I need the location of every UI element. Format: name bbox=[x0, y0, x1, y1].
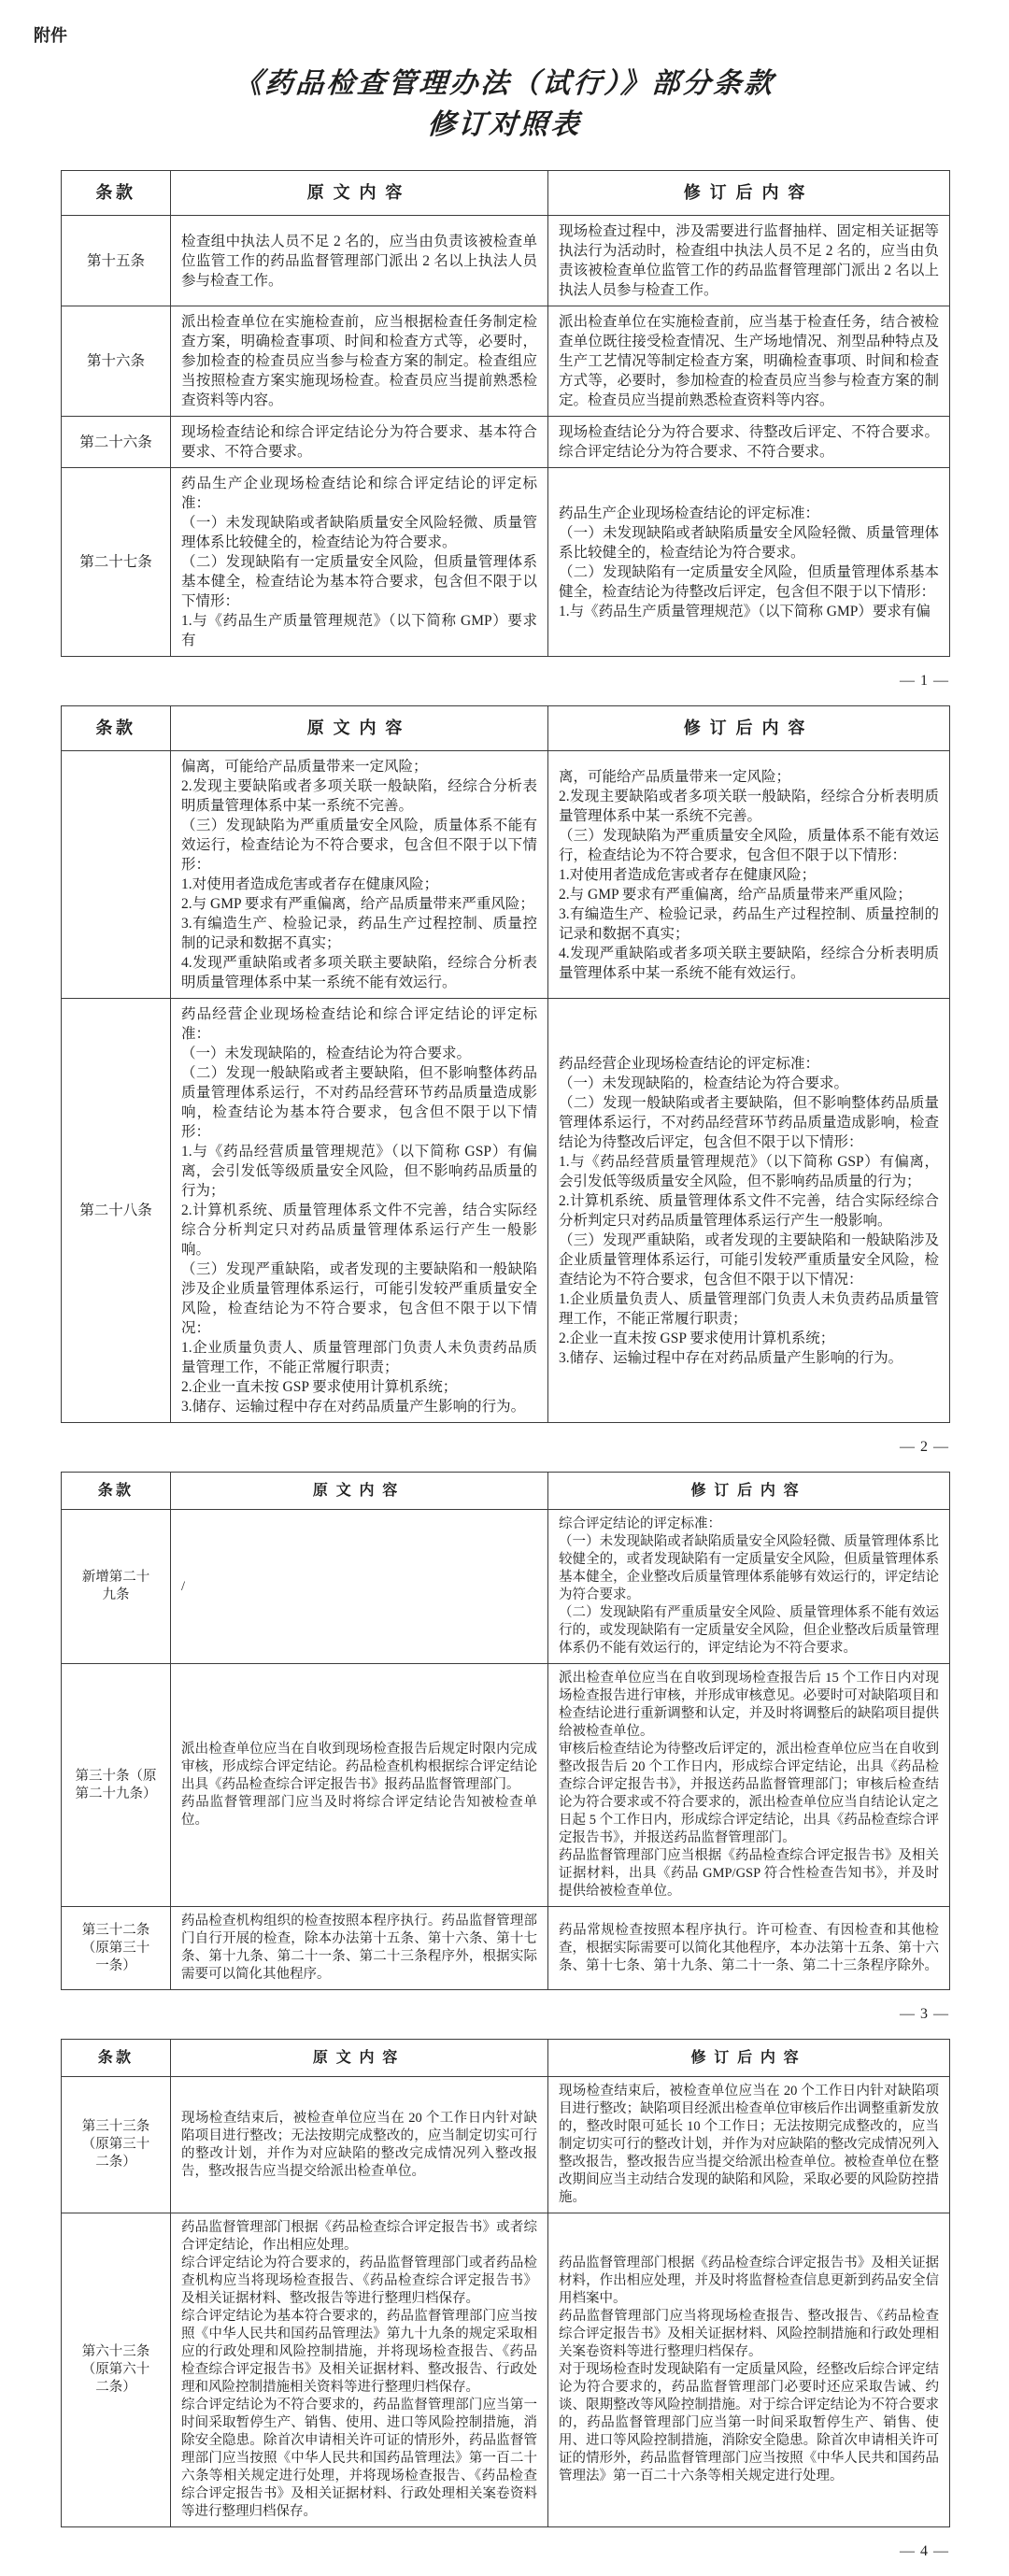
clause-label: 第三十三条 （原第三十 二条） bbox=[62, 2077, 171, 2213]
title-line-1: 《药品检查管理办法（试行）》部分条款 bbox=[0, 64, 1009, 105]
revised-content: 现场检查结束后，被检查单位应当在 20 个工作日内针对缺陷项目进行整改；缺陷项目… bbox=[548, 2077, 950, 2213]
revised-content: 药品经营企业现场检查结论的评定标准： （一）未发现缺陷的，检查结论为符合要求。 … bbox=[548, 999, 950, 1423]
revised-content: 综合评定结论的评定标准： （一）未发现缺陷或者缺陷质量安全风险轻微、质量管理体系… bbox=[548, 1510, 950, 1664]
document-page: 附件 《药品检查管理办法（试行）》部分条款 修订对照表 条款 原文内容 修订后内… bbox=[0, 0, 1009, 2576]
revised-content: 派出检查单位应当在自收到现场检查报告后 15 个工作日内对现场检查报告进行审核，… bbox=[548, 1664, 950, 1907]
header-revised: 修订后内容 bbox=[548, 171, 950, 216]
table-header-row: 条款 原文内容 修订后内容 bbox=[62, 2040, 950, 2077]
comparison-table-page-2: 条款 原文内容 修订后内容 偏离，可能给产品质量带来一定风险； 2.发现主要缺陷… bbox=[61, 705, 950, 1423]
revised-content: 现场检查结论分为符合要求、待整改后评定、不符合要求。综合评定结论分为符合要求、不… bbox=[548, 417, 950, 468]
page-number-3: — 3 — bbox=[0, 1990, 949, 2039]
table-header-row: 条款 原文内容 修订后内容 bbox=[62, 706, 950, 751]
header-original: 原文内容 bbox=[171, 2040, 548, 2077]
comparison-table-page-1: 条款 原文内容 修订后内容 第十五条 检查组中执法人员不足 2 名的，应当由负责… bbox=[61, 170, 950, 657]
page-number-1: — 1 — bbox=[0, 657, 949, 705]
original-content: 药品生产企业现场检查结论和综合评定结论的评定标准： （一）未发现缺陷或者缺陷质量… bbox=[171, 468, 548, 657]
table-row: 第二十七条 药品生产企业现场检查结论和综合评定结论的评定标准： （一）未发现缺陷… bbox=[62, 468, 950, 657]
title-line-2: 修订对照表 bbox=[0, 105, 1009, 146]
original-content: 检查组中执法人员不足 2 名的，应当由负责该被检查单位监管工作的药品监督管理部门… bbox=[171, 216, 548, 306]
original-content: / bbox=[171, 1510, 548, 1664]
page-number-2: — 2 — bbox=[0, 1423, 949, 1472]
header-revised: 修订后内容 bbox=[548, 706, 950, 751]
table-row: 第三十条（原 第二十九条） 派出检查单位应当在自收到现场检查报告后规定时限内完成… bbox=[62, 1664, 950, 1907]
original-content: 现场检查结论和综合评定结论分为符合要求、基本符合要求、不符合要求。 bbox=[171, 417, 548, 468]
clause-label: 第六十三条 （原第六十 二条） bbox=[62, 2213, 171, 2527]
original-content: 药品检查机构组织的检查按照本程序执行。药品监督管理部门自行开展的检查，除本办法第… bbox=[171, 1907, 548, 1990]
clause-label: 第三十二条 （原第三十 一条） bbox=[62, 1907, 171, 1990]
revised-content: 药品常规检查按照本程序执行。许可检查、有因检查和其他检查，根据实际需要可以简化其… bbox=[548, 1907, 950, 1990]
original-content: 现场检查结束后，被检查单位应当在 20 个工作日内针对缺陷项目进行整改；无法按期… bbox=[171, 2077, 548, 2213]
header-revised: 修订后内容 bbox=[548, 2040, 950, 2077]
header-clause: 条款 bbox=[62, 2040, 171, 2077]
table-row: 第六十三条 （原第六十 二条） 药品监督管理部门根据《药品检查综合评定报告书》或… bbox=[62, 2213, 950, 2527]
document-title: 《药品检查管理办法（试行）》部分条款 修订对照表 bbox=[0, 64, 1009, 146]
header-clause: 条款 bbox=[62, 1473, 171, 1510]
revised-content: 离，可能给产品质量带来一定风险； 2.发现主要缺陷或者多项关联一般缺陷，经综合分… bbox=[548, 751, 950, 999]
table-row: 第十六条 派出检查单位在实施检查前，应当根据检查任务制定检查方案，明确检查事项、… bbox=[62, 306, 950, 417]
header-revised: 修订后内容 bbox=[548, 1473, 950, 1510]
table-row: 第十五条 检查组中执法人员不足 2 名的，应当由负责该被检查单位监管工作的药品监… bbox=[62, 216, 950, 306]
revised-content: 现场检查过程中，涉及需要进行监督抽样、固定相关证据等执法行为活动时，检查组中执法… bbox=[548, 216, 950, 306]
clause-label: 新增第二十 九条 bbox=[62, 1510, 171, 1664]
attachment-label: 附件 bbox=[0, 0, 1009, 47]
table-row: 第二十六条 现场检查结论和综合评定结论分为符合要求、基本符合要求、不符合要求。 … bbox=[62, 417, 950, 468]
clause-label: 第十五条 bbox=[62, 216, 171, 306]
header-original: 原文内容 bbox=[171, 171, 548, 216]
header-original: 原文内容 bbox=[171, 1473, 548, 1510]
table-row: 第三十二条 （原第三十 一条） 药品检查机构组织的检查按照本程序执行。药品监督管… bbox=[62, 1907, 950, 1990]
header-clause: 条款 bbox=[62, 706, 171, 751]
clause-label: 第三十条（原 第二十九条） bbox=[62, 1664, 171, 1907]
revised-content: 药品监督管理部门根据《药品检查综合评定报告书》及相关证据材料，作出相应处理，并及… bbox=[548, 2213, 950, 2527]
clause-label: 第十六条 bbox=[62, 306, 171, 417]
comparison-table-page-4: 条款 原文内容 修订后内容 第三十三条 （原第三十 二条） 现场检查结束后，被检… bbox=[61, 2039, 950, 2527]
table-row: 第二十八条 药品经营企业现场检查结论和综合评定结论的评定标准： （一）未发现缺陷… bbox=[62, 999, 950, 1423]
revised-content: 派出检查单位在实施检查前，应当基于检查任务，结合被检查单位既往接受检查情况、生产… bbox=[548, 306, 950, 417]
original-content: 偏离，可能给产品质量带来一定风险； 2.发现主要缺陷或者多项关联一般缺陷，经综合… bbox=[171, 751, 548, 999]
page-number-4: — 4 — bbox=[0, 2527, 949, 2576]
original-content: 药品监督管理部门根据《药品检查综合评定报告书》或者综合评定结论，作出相应处理。 … bbox=[171, 2213, 548, 2527]
table-header-row: 条款 原文内容 修订后内容 bbox=[62, 171, 950, 216]
revised-content: 药品生产企业现场检查结论的评定标准： （一）未发现缺陷或者缺陷质量安全风险轻微、… bbox=[548, 468, 950, 657]
original-content: 派出检查单位在实施检查前，应当根据检查任务制定检查方案，明确检查事项、时间和检查… bbox=[171, 306, 548, 417]
original-content: 药品经营企业现场检查结论和综合评定结论的评定标准： （一）未发现缺陷的，检查结论… bbox=[171, 999, 548, 1423]
table-row: 新增第二十 九条 / 综合评定结论的评定标准： （一）未发现缺陷或者缺陷质量安全… bbox=[62, 1510, 950, 1664]
original-content: 派出检查单位应当在自收到现场检查报告后规定时限内完成审核，形成综合评定结论。药品… bbox=[171, 1664, 548, 1907]
table-row: 偏离，可能给产品质量带来一定风险； 2.发现主要缺陷或者多项关联一般缺陷，经综合… bbox=[62, 751, 950, 999]
header-original: 原文内容 bbox=[171, 706, 548, 751]
clause-label: 第二十七条 bbox=[62, 468, 171, 657]
comparison-table-page-3: 条款 原文内容 修订后内容 新增第二十 九条 / 综合评定结论的评定标准： （一… bbox=[61, 1472, 950, 1990]
table-header-row: 条款 原文内容 修订后内容 bbox=[62, 1473, 950, 1510]
clause-label: 第二十八条 bbox=[62, 999, 171, 1423]
header-clause: 条款 bbox=[62, 171, 171, 216]
clause-label bbox=[62, 751, 171, 999]
clause-label: 第二十六条 bbox=[62, 417, 171, 468]
table-row: 第三十三条 （原第三十 二条） 现场检查结束后，被检查单位应当在 20 个工作日… bbox=[62, 2077, 950, 2213]
